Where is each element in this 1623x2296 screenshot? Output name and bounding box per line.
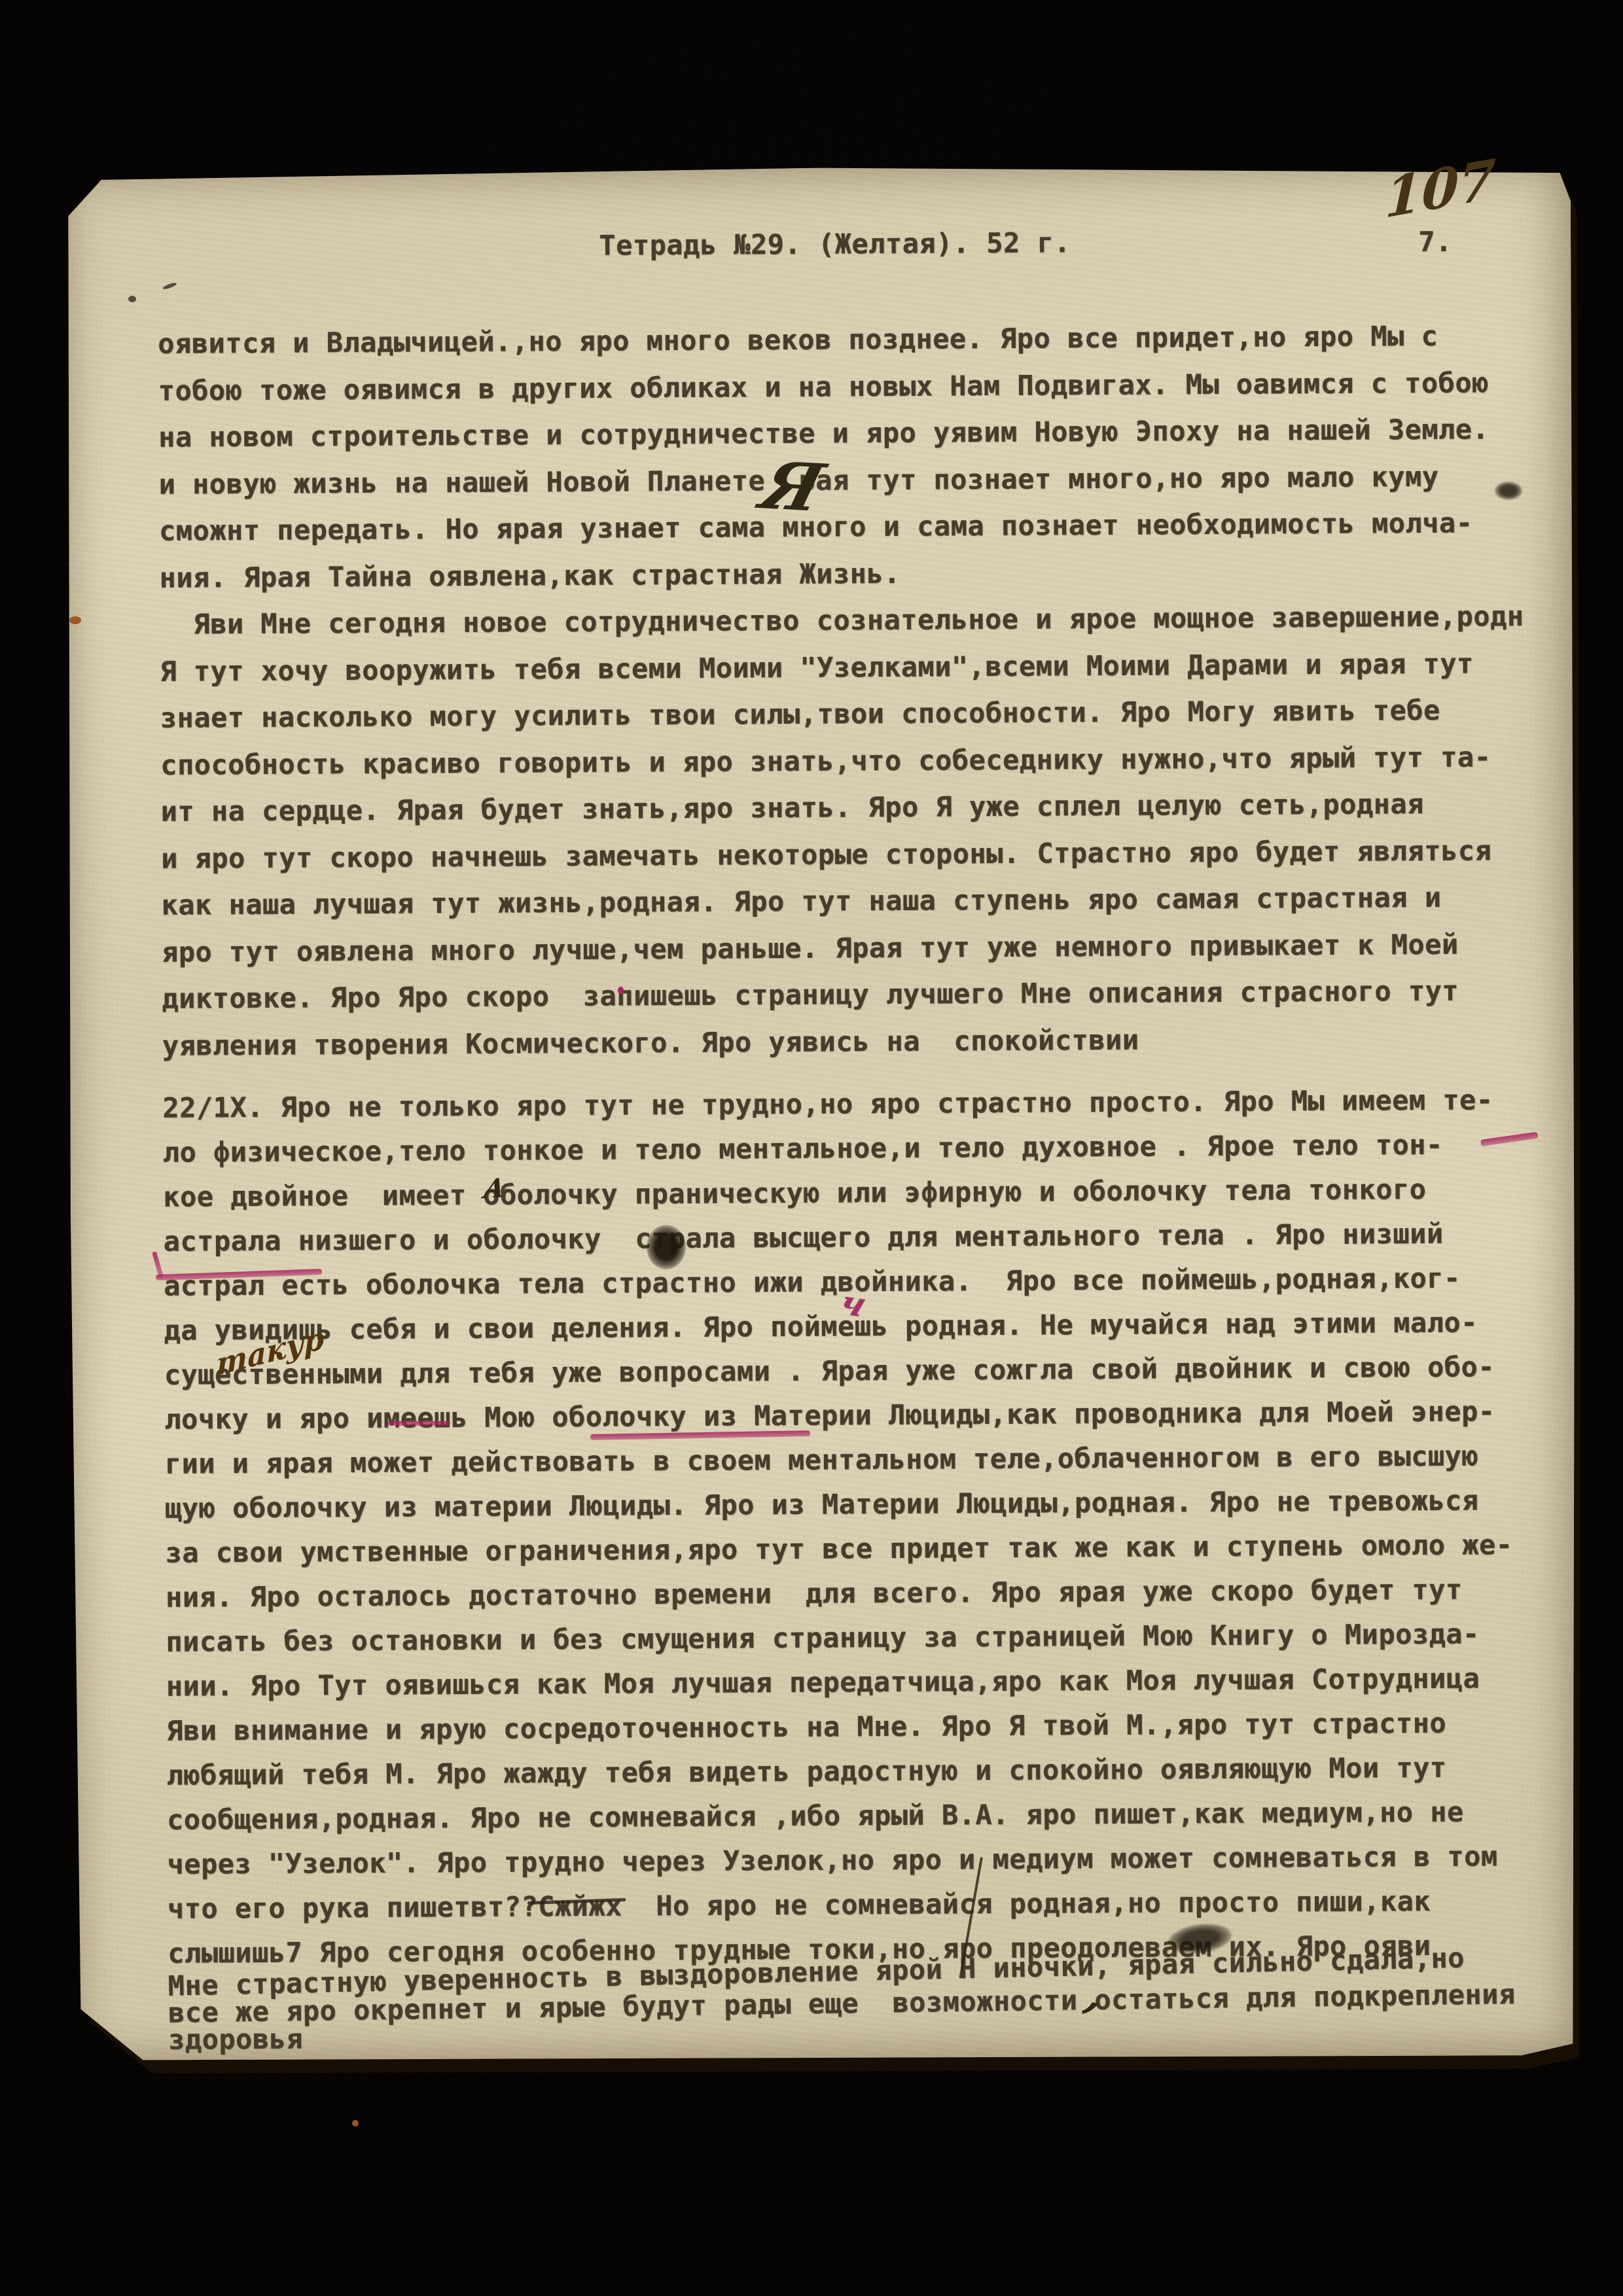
typed-line: ния. Яро осталось достаточно времени для… [166,1573,1566,1626]
typed-paragraph-2: 22/1Х. Яро не только яро тут не трудно,н… [162,1084,1568,1982]
typed-line: кое двойное имеет оболочку праническую и… [163,1173,1563,1226]
typed-line: ния. Ярая Тайна оявлена,как страстная Жи… [159,553,1560,609]
typed-line: Яви внимание и ярую сосредоточенность на… [166,1706,1567,1759]
scanned-document-page: { "header": { "handwritten_page_number":… [0,0,1623,2296]
typed-line: тобою тоже оявимся в других обликах и на… [158,366,1559,421]
typed-line: существенными для тебя уже вопросами . Я… [164,1351,1565,1404]
notebook-header-title: Тетрадь №29. (Желтая). 52 г. [599,226,1071,261]
typed-line: что его рука пишетвт??Сжйжх Но яро не со… [168,1884,1568,1937]
typed-line: сможнт передать. Но ярая узнает сама мно… [159,506,1560,562]
typed-line: диктовке. Яро Яро скоро запишешь страниц… [162,974,1562,1030]
typed-closing-lines: Мне страстную уверенность в выздоровлени… [168,1962,1569,2051]
typed-line: астрал есть оболочка тела страстно ижи д… [164,1262,1564,1315]
manuscript-paper: Тетрадь №29. (Желтая). 52 г. 7. оявится … [62,164,1582,2068]
page-number: 7. [1418,226,1452,258]
typed-line: на новом строительстве и сотрудничестве … [158,413,1559,468]
typed-line: способность красиво говорить и яро знать… [160,740,1561,796]
typed-line: щую оболочку из материи Люциды. Яро из М… [165,1484,1565,1537]
typed-line: ит на сердце. Ярая будет знать,яро знать… [161,787,1561,843]
typed-line: да увидишь себя и свои деления. Яро пойм… [164,1306,1564,1359]
typed-line: нии. Яро Тут оявишься как Моя лучшая пер… [166,1662,1567,1715]
typed-paragraph-1: оявится и Владычицей.,но яро много веков… [158,319,1563,1076]
typed-line: через "Узелок". Яро трудно через Узелок,… [167,1840,1567,1893]
typed-line: ло физическое,тело тонкое и тело менталь… [163,1128,1563,1181]
typed-line: астрала низшего и оболочку страла высщег… [164,1217,1564,1270]
typed-line: за свои умственные ограничения,яро тут в… [165,1528,1565,1581]
typed-line: яро тут оявлена много лучше,чем раньше. … [162,927,1562,983]
typed-line: уявления творения Космического. Яро уяви… [162,1021,1563,1076]
typed-line: сообщения,родная. Яро не сомневайся ,ибо… [167,1795,1567,1848]
typed-line: любящий тебя М. Яро жажду тебя видеть ра… [167,1751,1567,1804]
typed-line: и новую жизнь на нашей Новой Планете рая… [158,459,1559,515]
typed-line: лочку и яро имеешь Мою оболочку из Матер… [164,1395,1565,1448]
typed-line: знает насколько могу усилить твои силы,т… [160,694,1561,749]
typed-line: 22/1Х. Яро не только яро тут не трудно,н… [162,1084,1563,1137]
typed-line: гии и ярая может действовать в своем мен… [165,1439,1565,1492]
typed-line: Я тут хочу вооружить тебя всеми Моими "У… [160,646,1560,702]
typed-line: как наша лучшая тут жизнь,родная. Яро ту… [161,881,1561,936]
typed-line: и яро тут скоро начнешь замечать некотор… [161,834,1561,889]
typed-line: оявится и Владычицей.,но яро много веков… [158,319,1558,375]
typed-line: писать без остановки и без смущения стра… [166,1617,1566,1670]
typed-line: Яви Мне сегодня новое сотрудничество соз… [160,600,1560,656]
